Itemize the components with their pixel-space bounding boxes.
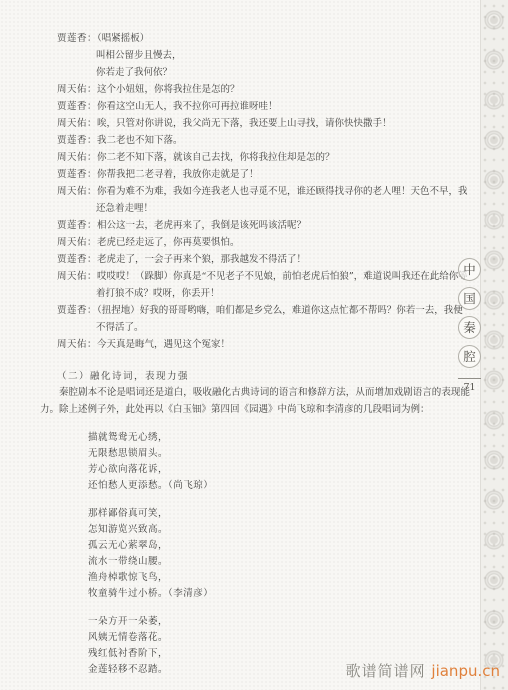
section-paragraph: 秦腔剧本不论是唱词还是道白，吸收融化古典诗词的语言和修辞方法，从而增加戏剧语言的…: [40, 385, 470, 418]
dialogue-text: 老虎走了，一会子再来个狼，那我越发不得活了！: [97, 254, 306, 265]
dialogue-line: 周天佑：你看为难不为难，我如今连我老人也寻觅不见，谁还顾得找寻你的老人哩！天色不…: [57, 183, 470, 217]
side-title-char: 秦: [458, 316, 481, 339]
page-number: 71: [458, 378, 481, 393]
dialogue-line: 周天佑：老虎已经走远了，你再莫要惧怕。: [57, 234, 470, 251]
dialogue-line: 贾莲香：（唱紧摇板）: [57, 30, 470, 47]
speaker-label: 贾莲香：: [57, 135, 97, 146]
dialogue-line: 周天佑：唉，只管对你讲说，我父尚无下落，我还要上山寻找，请你快快撒手！: [57, 115, 470, 132]
poem-line: 一朵方开一朵萎，: [88, 614, 470, 630]
watermark-site-url: jianpu.cn: [431, 662, 500, 680]
speaker-label: 贾莲香：: [57, 254, 97, 265]
poem-line: 孤云无心萦翠岛，: [88, 538, 470, 554]
dialogue-text: 我二老也不知下落。: [97, 135, 183, 146]
speaker-label: 周天佑：: [57, 152, 97, 163]
poem-line: 那样鄙俗真可笑，: [88, 506, 470, 522]
speaker-label: 贾莲香：: [57, 220, 97, 231]
dialogue-text: 你看这空山无人，我不拉你可再拉谁呀哇！: [97, 101, 278, 112]
section-heading: （二）融化诗词，表现力强: [57, 368, 470, 385]
lace-border-decoration: [480, 0, 508, 690]
dialogue-text: 这个小妞妞，你将我拉住是怎的？: [97, 84, 240, 95]
speaker-label: 周天佑：: [57, 339, 97, 350]
speaker-label: 周天佑：: [57, 186, 97, 197]
dialogue-line: 你若走了我何依？: [57, 64, 470, 81]
speaker-label: 贾莲香：: [57, 305, 97, 316]
poem-line: 流水一带绕山腰。: [88, 554, 470, 570]
speaker-label: 贾莲香：: [57, 169, 97, 180]
poem-line: 怎知游览兴致高。: [88, 522, 470, 538]
dialogue-text: （扭捏地）好我的哥哥哟嗨，咱们都是乡党么，难道你这点忙都不帮吗？你若一去，我便不…: [96, 305, 463, 333]
side-title-zhongguo-qinqiang: 中 国 秦 腔: [457, 258, 482, 374]
dialogue-text: （唱紧摇板）: [97, 33, 149, 44]
watermark-site-name: 歌谱简谱网: [346, 662, 426, 680]
page-content: 贾莲香：（唱紧摇板） 叫相公留步且慢去， 你若走了我何依？ 周天佑：这个小妞妞，…: [40, 30, 470, 690]
dialogue-line: 贾莲香：老虎走了，一会子再来个狼，那我越发不得活了！: [57, 251, 470, 268]
speaker-label: 周天佑：: [57, 237, 97, 248]
speaker-label: 贾莲香：: [57, 33, 97, 44]
poem-line: 风姨无情卷落花。: [88, 630, 470, 646]
dialogue-line: 贾莲香：（扭捏地）好我的哥哥哟嗨，咱们都是乡党么，难道你这点忙都不帮吗？你若一去…: [57, 302, 470, 336]
dialogue-text: 哎哎哎！（跺脚）你真是“不见老子不见娘，前怕老虎后怕狼”，难道说叫我还在此给你等…: [96, 271, 468, 299]
dialogue-text: 相公这一去，老虎再来了，我倒是该死吗该活呢？: [97, 220, 306, 231]
poem-line: 描就鸳鸯无心绣，: [88, 430, 470, 446]
poem-line: 无限愁思锁眉头。: [88, 446, 470, 462]
speaker-label: 周天佑：: [57, 118, 97, 129]
poem-line: 芳心欲向落花诉，: [88, 462, 470, 478]
dialogue-line: 叫相公留步且慢去，: [57, 47, 470, 64]
dialogue-text: 唉，只管对你讲说，我父尚无下落，我还要上山寻找，请你快快撒手！: [97, 118, 392, 129]
poem-line: 还怕愁人更添愁。（尚飞琼）: [88, 478, 470, 494]
dialogue-line: 周天佑：你二老不知下落，就该自己去找，你将我拉住却是怎的？: [57, 149, 470, 166]
dialogue-text: 你看为难不为难，我如今连我老人也寻觅不见，谁还顾得找寻你的老人哩！天色不早，我还…: [96, 186, 468, 214]
dialogue-line: 贾莲香：相公这一去，老虎再来了，我倒是该死吗该活呢？: [57, 217, 470, 234]
dialogue-text: 你若走了我何依？: [96, 67, 172, 78]
side-title-char: 中: [458, 258, 481, 281]
watermark: 歌谱简谱网 jianpu.cn: [346, 660, 500, 681]
dialogue-line: 贾莲香：你帮我把二老寻着，我放你走就是了！: [57, 166, 470, 183]
dialogue-line: 周天佑：这个小妞妞，你将我拉住是怎的？: [57, 81, 470, 98]
side-title-char: 腔: [458, 345, 481, 368]
poem-liqingyan: 那样鄙俗真可笑， 怎知游览兴致高。 孤云无心萦翠岛， 流水一带绕山腰。 渔舟棹歌…: [88, 506, 470, 602]
dialogue-text: 叫相公留步且慢去，: [96, 50, 182, 61]
dialogue-line: 贾莲香：你看这空山无人，我不拉你可再拉谁呀哇！: [57, 98, 470, 115]
speaker-label: 贾莲香：: [57, 101, 97, 112]
dialogue-line: 贾莲香：我二老也不知下落。: [57, 132, 470, 149]
dialogue-text: 老虎已经走远了，你再莫要惧怕。: [97, 237, 240, 248]
speaker-label: 周天佑：: [57, 84, 97, 95]
side-title-char: 国: [458, 287, 481, 310]
dialogue-text: 你帮我把二老寻着，我放你走就是了！: [97, 169, 259, 180]
dialogue-text: 今天真是晦气，遇见这个冤家！: [97, 339, 230, 350]
poem-shangfeiqiong: 描就鸳鸯无心绣， 无限愁思锁眉头。 芳心欲向落花诉， 还怕愁人更添愁。（尚飞琼）: [88, 430, 470, 494]
book-page: 贾莲香：（唱紧摇板） 叫相公留步且慢去， 你若走了我何依？ 周天佑：这个小妞妞，…: [0, 0, 508, 690]
dialogue-line: 周天佑：今天真是晦气，遇见这个冤家！: [57, 336, 470, 353]
dialogue-text: 你二老不知下落，就该自己去找，你将我拉住却是怎的？: [97, 152, 335, 163]
dialogue-line: 周天佑：哎哎哎！（跺脚）你真是“不见老子不见娘，前怕老虎后怕狼”，难道说叫我还在…: [57, 268, 470, 302]
speaker-label: 周天佑：: [57, 271, 97, 282]
dialogue-block: 贾莲香：（唱紧摇板） 叫相公留步且慢去， 你若走了我何依？ 周天佑：这个小妞妞，…: [40, 30, 470, 353]
poem-line: 牧童骑牛过小桥。（李清彦）: [88, 586, 470, 602]
poem-line: 渔舟棹歌惊飞鸟，: [88, 570, 470, 586]
